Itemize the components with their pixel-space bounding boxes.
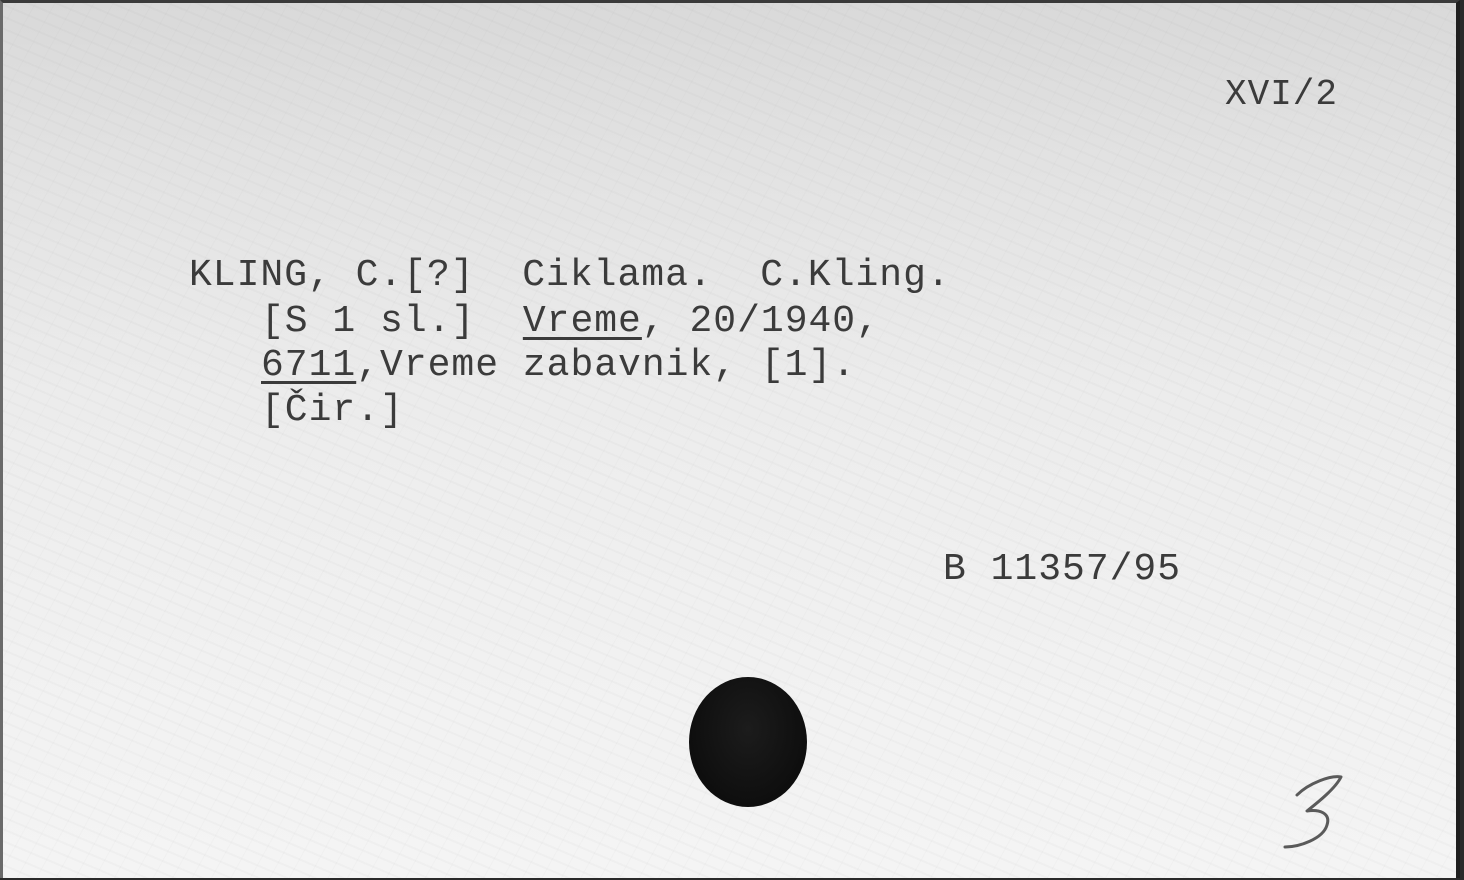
entry-line-source: [S 1 sl.] Vreme, 20/1940,: [261, 303, 880, 341]
catalog-card: XVI/2 KLING, C.[?] Ciklama. C.Kling. [S …: [0, 0, 1460, 878]
entry-periodical-title: Vreme: [523, 300, 642, 343]
call-number: XVI/2: [1225, 77, 1338, 113]
entry-line-author-title: KLING, C.[?] Ciklama. C.Kling.: [189, 257, 951, 295]
entry-line-script: [Čir.]: [261, 392, 404, 430]
entry-supplement: ,Vreme zabavnik, [1].: [356, 344, 856, 387]
entry-issue: , 20/1940,: [642, 300, 880, 343]
entry-page-number: 6711: [261, 344, 356, 387]
handwritten-three-icon: [1279, 763, 1349, 853]
handwritten-number-mark: [1279, 763, 1349, 853]
entry-line-pages: 6711,Vreme zabavnik, [1].: [261, 347, 856, 385]
entry-publication-place: [S 1 sl.]: [261, 300, 523, 343]
punch-hole-icon: [689, 677, 807, 807]
accession-number: B 11357/95: [943, 551, 1181, 589]
